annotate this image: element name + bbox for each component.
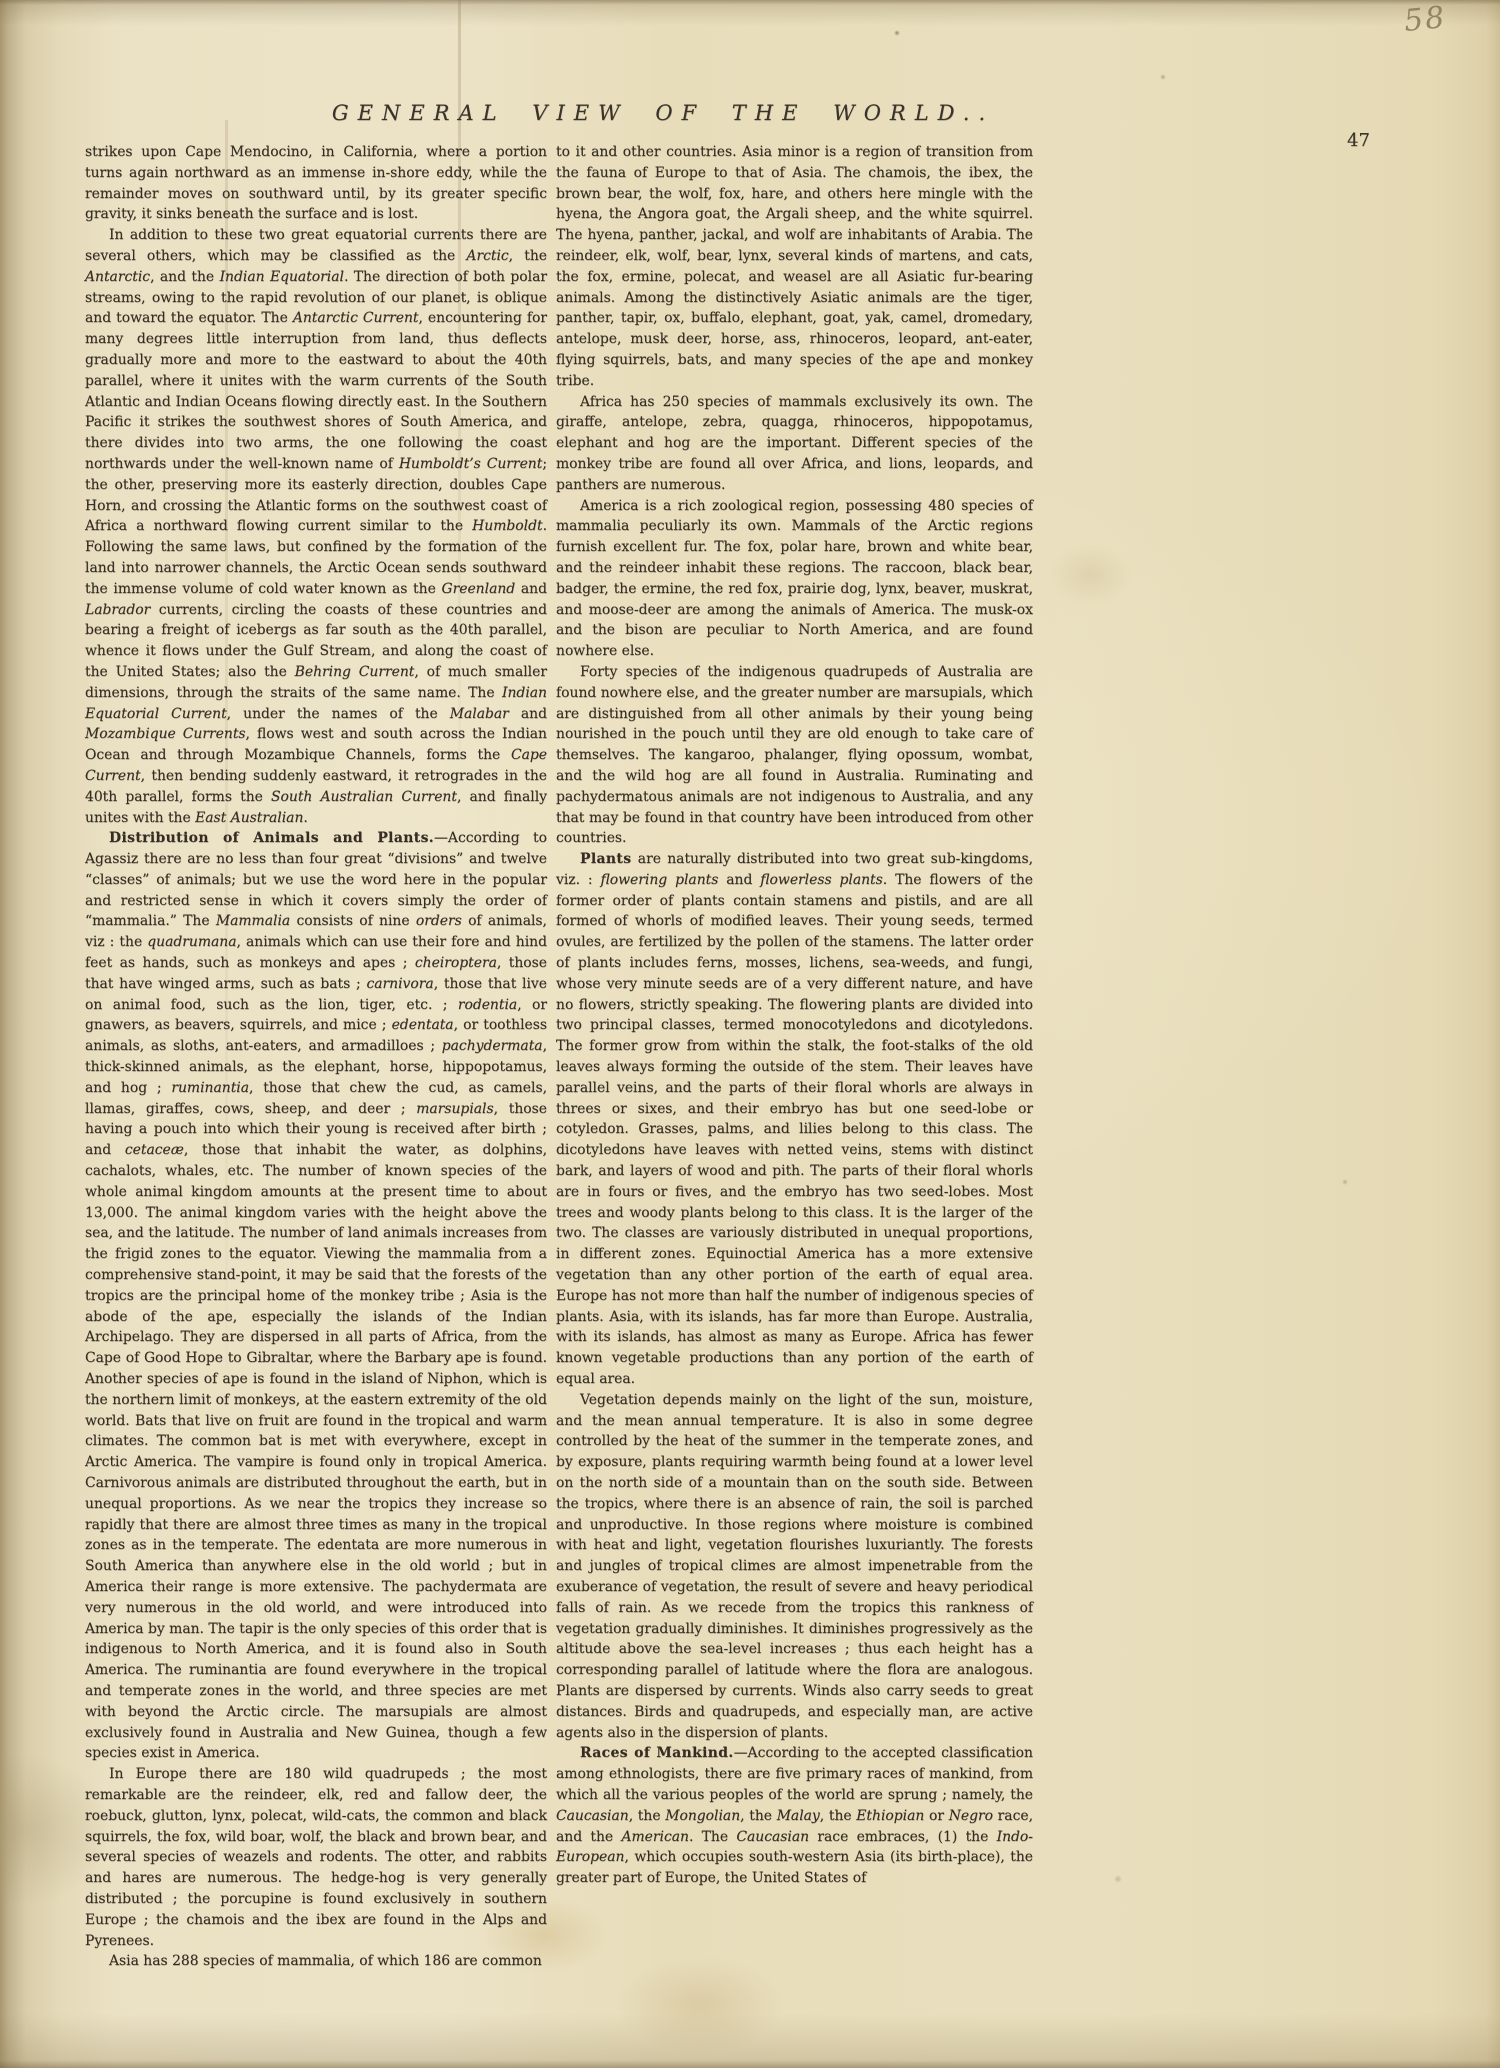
paragraph: In Europe there are 180 wild quadrupeds …	[85, 1764, 547, 1951]
italic-term: Malabar	[450, 706, 509, 722]
right-text-column: to it and other countries. Asia minor is…	[556, 142, 1033, 1889]
body-text: consists of nine	[290, 913, 416, 929]
body-text: , the	[740, 1808, 777, 1824]
body-text: . The flowers of the former order of pla…	[556, 872, 1033, 1387]
paragraph: Distribution of Animals and Plants.—Acco…	[85, 828, 547, 1764]
italic-term: flowering plants	[601, 872, 719, 888]
body-text: , which occupies south-western Asia (its…	[556, 1849, 1033, 1886]
italic-term: Behring Current	[295, 664, 415, 680]
italic-term: Labrador	[85, 602, 150, 618]
body-text: and	[515, 581, 547, 597]
italic-term: East Australian	[195, 810, 303, 826]
body-text: strikes upon Cape Mendocino, in Californ…	[85, 144, 547, 222]
italic-term: Ethiopian	[856, 1808, 924, 1824]
body-text: to it and other countries. Asia minor is…	[556, 144, 1033, 389]
italic-term: Arctic	[466, 248, 508, 264]
paragraph-heading: Plants	[580, 851, 631, 867]
italic-term: South Australian Current	[271, 789, 457, 805]
paragraph: Races of Mankind.—According to the accep…	[556, 1743, 1033, 1889]
paragraph-heading: Distribution of Animals and Plants.	[109, 830, 434, 846]
italic-term: flowerless plants	[760, 872, 882, 888]
body-text: and	[509, 706, 547, 722]
paragraph: In addition to these two great equatoria…	[85, 225, 547, 828]
body-text: America is a rich zoological region, pos…	[556, 498, 1033, 660]
italic-term: rodentia	[458, 997, 517, 1013]
italic-term: Caucasian	[736, 1829, 809, 1845]
paragraph: strikes upon Cape Mendocino, in Californ…	[85, 142, 547, 225]
italic-term: Mongolian	[665, 1808, 740, 1824]
body-text: .	[303, 810, 307, 826]
paragraph: Forty species of the indigenous quadrupe…	[556, 662, 1033, 849]
italic-term: orders	[416, 913, 462, 929]
italic-term: Malay	[777, 1808, 820, 1824]
italic-term: Antarctic	[85, 269, 150, 285]
body-text: , encountering for many degrees little i…	[85, 310, 547, 472]
body-text: , under the names of the	[227, 706, 450, 722]
italic-term: marsupials	[416, 1101, 493, 1117]
italic-term: Humboldt	[472, 518, 542, 534]
italic-term: Mammalia	[216, 913, 290, 929]
italic-term: Humboldt’s Current	[399, 456, 543, 472]
paragraph: Vegetation depends mainly on the light o…	[556, 1390, 1033, 1744]
italic-term: Mozambique Currents	[85, 726, 246, 742]
italic-term: quadrumana	[147, 934, 236, 950]
body-text: , the	[509, 248, 547, 264]
body-text: Forty species of the indigenous quadrupe…	[556, 664, 1033, 846]
body-text: or	[924, 1808, 948, 1824]
body-text: , and the	[150, 269, 219, 285]
body-text: and	[718, 872, 760, 888]
body-text: Vegetation depends mainly on the light o…	[556, 1392, 1033, 1741]
body-text: Africa has 250 species of mammals exclus…	[556, 394, 1033, 493]
italic-term: Caucasian	[556, 1808, 629, 1824]
paragraph-heading: Races of Mankind.	[580, 1745, 734, 1761]
italic-term: carnivora	[366, 976, 433, 992]
book-page: 58 GENERAL VIEW OF THE WORLD.. 47 strike…	[0, 0, 1500, 2068]
paragraph: Africa has 250 species of mammals exclus…	[556, 392, 1033, 496]
paragraph: America is a rich zoological region, pos…	[556, 496, 1033, 662]
left-text-column: strikes upon Cape Mendocino, in Californ…	[85, 142, 547, 1972]
italic-term: Antarctic Current	[293, 310, 419, 326]
italic-term: ruminantia	[171, 1080, 249, 1096]
italic-term: Negro	[949, 1808, 993, 1824]
italic-term: pachydermata	[442, 1038, 543, 1054]
handwritten-note: 58	[1402, 0, 1448, 39]
body-text: Asia has 288 species of mammalia, of whi…	[109, 1953, 542, 1969]
body-text: , those that inhabit the water, as dolph…	[85, 1142, 547, 1761]
body-text: In Europe there are 180 wild quadrupeds …	[85, 1766, 547, 1948]
italic-term: Indian Equatorial	[220, 269, 344, 285]
body-text: , the	[820, 1808, 857, 1824]
body-text: . The	[689, 1829, 736, 1845]
italic-term: American	[621, 1829, 689, 1845]
italic-term: cetaceæ	[125, 1142, 184, 1158]
paragraph: Asia has 288 species of mammalia, of whi…	[85, 1951, 547, 1972]
body-text: race embraces, (1) the	[809, 1829, 997, 1845]
italic-term: Greenland	[442, 581, 516, 597]
paragraph: Plants are naturally distributed into tw…	[556, 849, 1033, 1390]
body-text: , the	[629, 1808, 666, 1824]
paragraph: to it and other countries. Asia minor is…	[556, 142, 1033, 392]
running-header-title: GENERAL VIEW OF THE WORLD..	[332, 101, 994, 125]
italic-term: edentata	[392, 1017, 454, 1033]
page-number: 47	[1347, 130, 1370, 151]
italic-term: cheiroptera	[415, 955, 497, 971]
